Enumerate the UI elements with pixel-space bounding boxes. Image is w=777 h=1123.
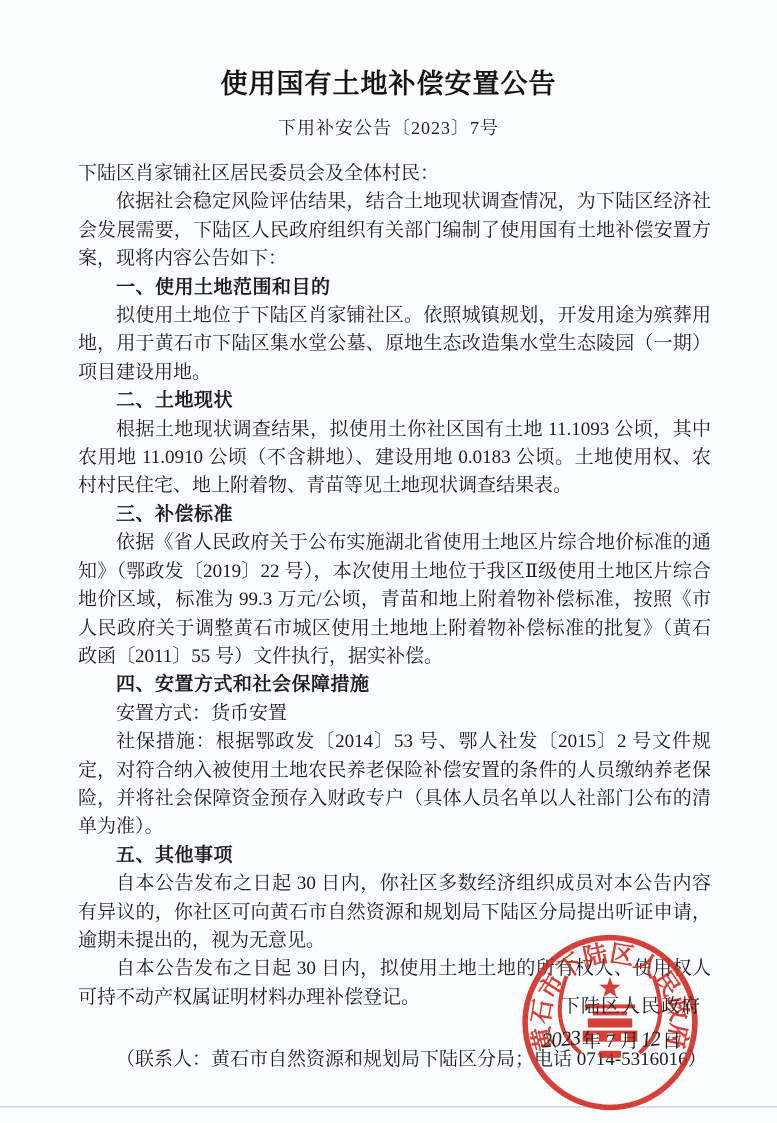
section-heading-1: 一、使用土地范围和目的 [78,274,711,302]
salutation: 下陆区肖家铺社区居民委员会及全体村民： [78,160,711,188]
government-seal-stamp: 黄石市下陆区人民政府 [514,923,706,1121]
body-paragraph: 安置方式：货币安置 [78,700,711,728]
date-text: 年 7 月 [582,1031,639,1052]
section-heading-3: 三、补偿标准 [78,501,711,529]
scanned-document-page: 使用国有土地补偿安置公告 下用补安公告〔2023〕7号 下陆区肖家铺社区居民委员… [0,0,777,1123]
body-paragraph: 根据土地现状调查结果，拟使用土你社区国有土地 11.1093 公顷，其中农用地 … [78,416,711,501]
section-heading-5: 五、其他事项 [78,842,711,870]
section-heading-4: 四、安置方式和社会保障措施 [78,671,711,699]
date-suffix: 日 [662,1031,681,1052]
body-paragraph: 拟使用土地位于下陆区肖家铺社区。依照城镇规划，开发用途为殡葬用地，用于黄石市下陆… [78,302,711,387]
document-number: 下用补安公告〔2023〕7号 [0,114,777,140]
document-title: 使用国有土地补偿安置公告 [0,0,777,101]
handwritten-year: 2023 [541,1025,581,1053]
body-paragraph: 依据《省人民政府关于公布实施湖北省使用土地区片综合地价标准的通知》（鄂政发〔20… [78,529,711,671]
handwritten-day: 12 [640,1026,661,1053]
signature-org: 下陆区人民政府 [561,991,701,1018]
signature-date: 2023年 7 月12日 [540,1026,681,1053]
body-paragraph: 依据社会稳定风险评估结果，结合土地现状调查情况，为下陆区经济社会发展需要，下陆区… [78,188,711,273]
section-heading-2: 二、土地现状 [78,387,711,415]
body-paragraph: 社保措施：根据鄂政发〔2014〕53 号、鄂人社发〔2015〕2 号文件规定，对… [78,728,711,842]
